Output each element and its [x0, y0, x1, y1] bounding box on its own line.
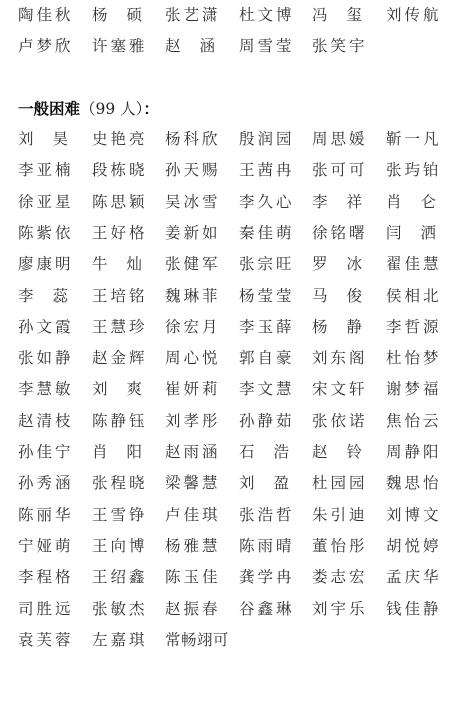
student-name: 张敏杰 [92, 599, 156, 619]
student-name: 陈丽华 [18, 505, 82, 525]
student-name: 张如静 [18, 348, 82, 368]
student-name: 吴冰雪 [165, 192, 229, 212]
student-name: 刘传航 [386, 5, 450, 25]
student-name: 宋文轩 [312, 379, 376, 399]
student-name: 李蕊 [18, 286, 68, 306]
student-name: 张健军 [165, 254, 229, 274]
section-colon: ： [143, 100, 159, 118]
student-name: 刘昊 [18, 129, 68, 149]
student-name: 赵清枝 [18, 411, 82, 431]
student-name: 殷润园 [239, 129, 303, 149]
student-name: 李玉薛 [239, 317, 303, 337]
student-name: 张浩哲 [239, 505, 303, 525]
student-name: 卢梦欣 [18, 36, 82, 56]
name-row: 陈紫依王好格姜新如秦佳萌徐铭曙闫洒 [18, 223, 460, 243]
student-name: 杜文博 [239, 5, 303, 25]
student-name: 周雪莹 [239, 36, 303, 56]
student-name: 孙秀涵 [18, 473, 82, 493]
student-name: 李文慧 [239, 379, 303, 399]
student-name: 许塞雅 [92, 36, 156, 56]
student-name: 孙天赐 [165, 160, 229, 180]
student-name: 刘孝彤 [165, 411, 229, 431]
student-name: 史艳亮 [92, 129, 156, 149]
name-row: 陈丽华王雪铮卢佳琪张浩哲朱引迪刘博文 [18, 505, 460, 525]
student-name: 赵雨涵 [165, 442, 229, 462]
student-name: 魏琳菲 [165, 286, 229, 306]
student-name: 肖阳 [92, 442, 142, 462]
student-name: 梁馨慧 [165, 473, 229, 493]
student-name: 崔妍莉 [165, 379, 229, 399]
student-name: 孟庆华 [386, 567, 450, 587]
student-name: 杨莹莹 [239, 286, 303, 306]
student-name: 李慧敏 [18, 379, 82, 399]
student-name: 张艺潇 [165, 5, 229, 25]
student-name: 陈紫依 [18, 223, 82, 243]
student-name: 孙静茹 [239, 411, 303, 431]
student-name: 秦佳萌 [239, 223, 303, 243]
student-name: 王茜冉 [239, 160, 303, 180]
section-count: （99 人） [80, 100, 143, 118]
name-row: 徐亚星陈思颖吴冰雪李久心李祥肖仑 [18, 192, 460, 212]
student-name: 王雪铮 [92, 505, 156, 525]
document-page: 陶佳秋杨硕张艺潇杜文博冯玺刘传航卢梦欣许塞雅赵涵周雪莹张笑宇 一般困难（99 人… [0, 0, 461, 701]
student-name: 闫洒 [386, 223, 436, 243]
student-name: 刘博文 [386, 505, 450, 525]
name-row: 陶佳秋杨硕张艺潇杜文博冯玺刘传航 [18, 5, 460, 25]
student-name: 胡悦婷 [386, 536, 450, 556]
name-row: 刘昊史艳亮杨科欣殷润园周思媛靳一凡 [18, 129, 460, 149]
student-name: 王慧珍 [92, 317, 156, 337]
student-name: 张玙铂 [386, 160, 450, 180]
student-name: 张笑宇 [312, 36, 376, 56]
student-name: 赵涵 [165, 36, 215, 56]
student-name: 冯玺 [312, 5, 362, 25]
student-name: 娄志宏 [312, 567, 376, 587]
student-name: 陶佳秋 [18, 5, 82, 25]
student-name: 陈雨晴 [239, 536, 303, 556]
student-name: 王培铭 [92, 286, 156, 306]
student-name: 徐铭曙 [312, 223, 376, 243]
student-name: 孙文霞 [18, 317, 82, 337]
student-name: 杨科欣 [165, 129, 229, 149]
student-name: 卢佳琪 [165, 505, 229, 525]
section-heading-general-difficulty: 一般困难（99 人）： [18, 99, 159, 119]
student-name: 司胜远 [18, 599, 82, 619]
student-name: 董怡彤 [312, 536, 376, 556]
student-name: 翟佳慧 [386, 254, 450, 274]
student-name: 杨硕 [92, 5, 142, 25]
name-row: 孙文霞王慧珍徐宏月李玉薛杨静李哲源 [18, 317, 460, 337]
student-name: 魏思怡 [386, 473, 450, 493]
student-name: 谷鑫琳 [239, 599, 303, 619]
student-name: 朱引迪 [312, 505, 376, 525]
name-row: 廖康明牛灿张健军张宗旺罗冰翟佳慧 [18, 254, 460, 274]
name-row: 赵清枝陈静钰刘孝彤孙静茹张依诺焦怡云 [18, 411, 460, 431]
student-name: 赵铃 [312, 442, 362, 462]
name-row: 李蕊王培铭魏琳菲杨莹莹马俊侯相北 [18, 286, 460, 306]
name-row: 袁芙蓉左嘉琪常畅翊可 [18, 630, 460, 650]
student-name: 姜新如 [165, 223, 229, 243]
student-name: 张程晓 [92, 473, 156, 493]
student-name: 徐亚星 [18, 192, 82, 212]
student-name: 赵金辉 [92, 348, 156, 368]
name-row: 宁娅萌王向博杨雅慧陈雨晴董怡彤胡悦婷 [18, 536, 460, 556]
name-row: 孙佳宁肖阳赵雨涵石浩赵铃周静阳 [18, 442, 460, 462]
student-name: 石浩 [239, 442, 289, 462]
student-name: 郭自豪 [239, 348, 303, 368]
name-row: 李慧敏刘爽崔妍莉李文慧宋文轩谢梦福 [18, 379, 460, 399]
student-name: 牛灿 [92, 254, 142, 274]
student-name: 常畅翊可 [165, 630, 229, 650]
student-name: 侯相北 [386, 286, 450, 306]
student-name: 刘宇乐 [312, 599, 376, 619]
name-row: 李亚楠段栋晓孙天赐王茜冉张可可张玙铂 [18, 160, 460, 180]
student-name: 王向博 [92, 536, 156, 556]
name-row: 孙秀涵张程晓梁馨慧刘盈杜园园魏思怡 [18, 473, 460, 493]
name-row: 司胜远张敏杰赵振春谷鑫琳刘宇乐钱佳静 [18, 599, 460, 619]
student-name: 李哲源 [386, 317, 450, 337]
student-name: 刘东阁 [312, 348, 376, 368]
student-name: 李祥 [312, 192, 362, 212]
student-name: 靳一凡 [386, 129, 450, 149]
student-name: 马俊 [312, 286, 362, 306]
student-name: 张可可 [312, 160, 376, 180]
student-name: 李程格 [18, 567, 82, 587]
student-name: 杜怡梦 [386, 348, 450, 368]
student-name: 周静阳 [386, 442, 450, 462]
student-name: 段栋晓 [92, 160, 156, 180]
student-name: 廖康明 [18, 254, 82, 274]
student-name: 王好格 [92, 223, 156, 243]
name-row: 李程格王绍鑫陈玉佳龚学冉娄志宏孟庆华 [18, 567, 460, 587]
student-name: 陈思颖 [92, 192, 156, 212]
student-name: 杨雅慧 [165, 536, 229, 556]
student-name: 左嘉琪 [92, 630, 156, 650]
student-name: 赵振春 [165, 599, 229, 619]
student-name: 徐宏月 [165, 317, 229, 337]
student-name: 孙佳宁 [18, 442, 82, 462]
student-name: 张宗旺 [239, 254, 303, 274]
student-name: 李久心 [239, 192, 303, 212]
student-name: 谢梦福 [386, 379, 450, 399]
student-name: 袁芙蓉 [18, 630, 82, 650]
student-name: 杨静 [312, 317, 362, 337]
name-row: 卢梦欣许塞雅赵涵周雪莹张笑宇 [18, 36, 460, 56]
student-name: 刘盈 [239, 473, 289, 493]
student-name: 罗冰 [312, 254, 362, 274]
student-name: 钱佳静 [386, 599, 450, 619]
student-name: 周思媛 [312, 129, 376, 149]
student-name: 王绍鑫 [92, 567, 156, 587]
student-name: 龚学冉 [239, 567, 303, 587]
section-title: 一般困难 [18, 100, 80, 118]
student-name: 杜园园 [312, 473, 376, 493]
student-name: 李亚楠 [18, 160, 82, 180]
student-name: 陈玉佳 [165, 567, 229, 587]
student-name: 肖仑 [386, 192, 436, 212]
student-name: 张依诺 [312, 411, 376, 431]
student-name: 周心悦 [165, 348, 229, 368]
student-name: 陈静钰 [92, 411, 156, 431]
student-name: 焦怡云 [386, 411, 450, 431]
student-name: 宁娅萌 [18, 536, 82, 556]
student-name: 刘爽 [92, 379, 142, 399]
name-row: 张如静赵金辉周心悦郭自豪刘东阁杜怡梦 [18, 348, 460, 368]
